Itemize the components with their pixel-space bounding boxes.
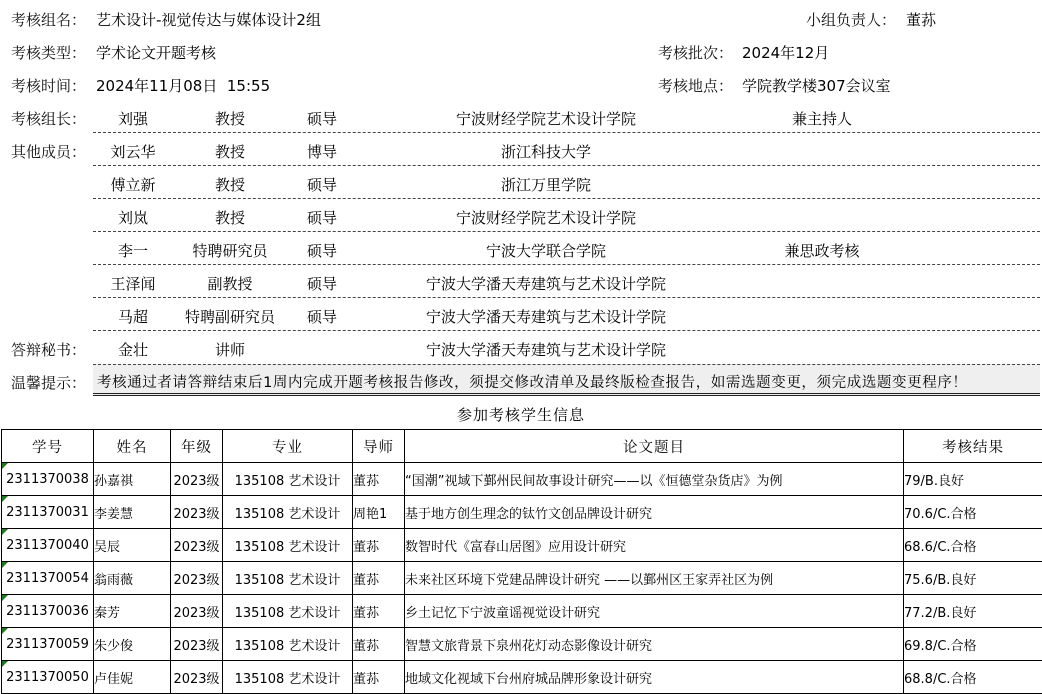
leader-value: 董荪 (906, 9, 936, 30)
notice-box: 考核通过者请答辩结束后1周内完成开题考核报告修改，须提交修改清单及最终版检查报告… (93, 364, 1040, 396)
cell-advisor: 董荪 (353, 628, 405, 661)
cell-name: 卢佳妮 (94, 661, 171, 694)
member-title: 特聘研究员 (170, 240, 290, 261)
member-org: 浙江万里学院 (346, 174, 746, 195)
cell-result: 79/B.良好 (904, 463, 1042, 496)
member-title: 特聘副研究员 (170, 306, 290, 327)
member-note: 兼主持人 (742, 108, 902, 129)
cell-grade: 2023级 (171, 661, 223, 694)
divider (93, 165, 1040, 166)
cell-grade: 2023级 (171, 463, 223, 496)
cell-student-id: 2311370050 (2, 661, 94, 694)
cell-grade: 2023级 (171, 595, 223, 628)
type-label: 考核类型： (11, 42, 86, 63)
cell-thesis-title: 乡土记忆下宁波童谣视觉设计研究 (405, 595, 904, 628)
member-org: 浙江科技大学 (346, 141, 746, 162)
col-header-grade: 年级 (171, 430, 223, 463)
cell-advisor: 董荪 (353, 529, 405, 562)
students-table: 学号 姓名 年级 专业 导师 论文题目 考核结果 2311370038 孙嘉祺 … (1, 429, 1042, 694)
table-row: 2311370031 李姜慧 2023级 135108 艺术设计 周艳1 基于地… (2, 496, 1042, 529)
cell-student-id: 2311370036 (2, 595, 94, 628)
time-label: 考核时间： (11, 75, 86, 96)
member-name: 傅立新 (93, 174, 173, 195)
member-name: 李一 (93, 240, 173, 261)
cell-name: 吴辰 (94, 529, 171, 562)
cell-advisor: 董荪 (353, 595, 405, 628)
batch-value: 2024年12月 (742, 42, 829, 63)
member-org: 宁波大学联合学院 (346, 240, 746, 261)
member-title: 教授 (170, 108, 290, 129)
cell-result: 77.2/B.良好 (904, 595, 1042, 628)
table-row: 2311370050 卢佳妮 2023级 135108 艺术设计 董荪 地域文化… (2, 661, 1042, 694)
member-title: 教授 (170, 174, 290, 195)
students-section-title: 参加考核学生信息 (0, 404, 1042, 425)
leader-label: 小组负责人： (806, 9, 896, 30)
member-title: 讲师 (170, 339, 290, 360)
cell-grade: 2023级 (171, 562, 223, 595)
member-name: 刘岚 (93, 207, 173, 228)
cell-thesis-title: 基于地方创生理念的钛竹文创品牌设计研究 (405, 496, 904, 529)
divider (93, 132, 1040, 133)
table-row: 2311370038 孙嘉祺 2023级 135108 艺术设计 董荪 “国潮”… (2, 463, 1042, 496)
cell-thesis-title: 智慧文旅背景下泉州花灯动态影像设计研究 (405, 628, 904, 661)
cell-thesis-title: 地域文化视域下台州府城品牌形象设计研究 (405, 661, 904, 694)
cell-result: 70.6/C.合格 (904, 496, 1042, 529)
col-header-advisor: 导师 (353, 430, 405, 463)
member-title: 教授 (170, 141, 290, 162)
chair-label: 考核组长： (11, 108, 86, 129)
type-value: 学术论文开题考核 (96, 42, 216, 63)
notice-text: 考核通过者请答辩结束后1周内完成开题考核报告修改，须提交修改清单及最终版检查报告… (97, 371, 968, 392)
members-label: 其他成员： (11, 141, 86, 162)
table-row: 2311370040 吴辰 2023级 135108 艺术设计 董荪 数智时代《… (2, 529, 1042, 562)
cell-major: 135108 艺术设计 (223, 496, 353, 529)
secretary-label: 答辩秘书： (11, 339, 86, 360)
divider (93, 297, 1040, 298)
member-name: 马超 (93, 306, 173, 327)
cell-major: 135108 艺术设计 (223, 562, 353, 595)
cell-thesis-title: 数智时代《富春山居图》应用设计研究 (405, 529, 904, 562)
member-org: 宁波大学潘天寿建筑与艺术设计学院 (346, 306, 746, 327)
place-value: 学院教学楼307会议室 (742, 75, 891, 96)
cell-student-id: 2311370038 (2, 463, 94, 496)
cell-major: 135108 艺术设计 (223, 463, 353, 496)
cell-advisor: 周艳1 (353, 496, 405, 529)
member-note: 兼思政考核 (742, 240, 902, 261)
cell-result: 69.8/C.合格 (904, 628, 1042, 661)
col-header-thesis-title: 论文题目 (405, 430, 904, 463)
cell-major: 135108 艺术设计 (223, 628, 353, 661)
divider (93, 264, 1040, 265)
notice-label: 温馨提示： (11, 372, 86, 393)
batch-label: 考核批次： (658, 42, 733, 63)
member-org: 宁波大学潘天寿建筑与艺术设计学院 (346, 273, 746, 294)
group-label: 考核组名： (11, 9, 86, 30)
place-label: 考核地点： (658, 75, 733, 96)
cell-student-id: 2311370054 (2, 562, 94, 595)
table-row: 2311370036 秦芳 2023级 135108 艺术设计 董荪 乡土记忆下… (2, 595, 1042, 628)
member-org: 宁波大学潘天寿建筑与艺术设计学院 (346, 339, 746, 360)
cell-thesis-title: 未来社区环境下党建品牌设计研究 ——以鄞州区王家弄社区为例 (405, 562, 904, 595)
member-org: 宁波财经学院艺术设计学院 (346, 207, 746, 228)
cell-name: 李姜慧 (94, 496, 171, 529)
member-title: 教授 (170, 207, 290, 228)
cell-advisor: 董荪 (353, 562, 405, 595)
cell-result: 68.6/C.合格 (904, 529, 1042, 562)
cell-result: 68.8/C.合格 (904, 661, 1042, 694)
time-value: 2024年11月08日 15:55 (96, 75, 270, 96)
col-header-major: 专业 (223, 430, 353, 463)
member-name: 王泽闻 (93, 273, 173, 294)
cell-student-id: 2311370040 (2, 529, 94, 562)
cell-result: 75.6/B.良好 (904, 562, 1042, 595)
cell-name: 秦芳 (94, 595, 171, 628)
cell-thesis-title: “国潮”视域下鄞州民间故事设计研究——以《恒德堂杂货店》为例 (405, 463, 904, 496)
cell-major: 135108 艺术设计 (223, 529, 353, 562)
cell-major: 135108 艺术设计 (223, 661, 353, 694)
table-row: 2311370054 翁雨薇 2023级 135108 艺术设计 董荪 未来社区… (2, 562, 1042, 595)
cell-grade: 2023级 (171, 628, 223, 661)
cell-grade: 2023级 (171, 496, 223, 529)
col-header-student-id: 学号 (2, 430, 94, 463)
table-header-row: 学号 姓名 年级 专业 导师 论文题目 考核结果 (2, 430, 1042, 463)
cell-grade: 2023级 (171, 529, 223, 562)
divider (93, 198, 1040, 199)
cell-student-id: 2311370059 (2, 628, 94, 661)
member-name: 金壮 (93, 339, 173, 360)
table-row: 2311370059 朱少俊 2023级 135108 艺术设计 董荪 智慧文旅… (2, 628, 1042, 661)
cell-name: 孙嘉祺 (94, 463, 171, 496)
cell-major: 135108 艺术设计 (223, 595, 353, 628)
cell-name: 朱少俊 (94, 628, 171, 661)
member-title: 副教授 (170, 273, 290, 294)
cell-name: 翁雨薇 (94, 562, 171, 595)
col-header-name: 姓名 (94, 430, 171, 463)
member-name: 刘强 (93, 108, 173, 129)
member-name: 刘云华 (93, 141, 173, 162)
cell-advisor: 董荪 (353, 661, 405, 694)
col-header-result: 考核结果 (904, 430, 1042, 463)
member-org: 宁波财经学院艺术设计学院 (346, 108, 746, 129)
divider (93, 231, 1040, 232)
cell-advisor: 董荪 (353, 463, 405, 496)
group-value: 艺术设计-视觉传达与媒体设计2组 (96, 9, 321, 30)
divider (93, 330, 1040, 331)
cell-student-id: 2311370031 (2, 496, 94, 529)
